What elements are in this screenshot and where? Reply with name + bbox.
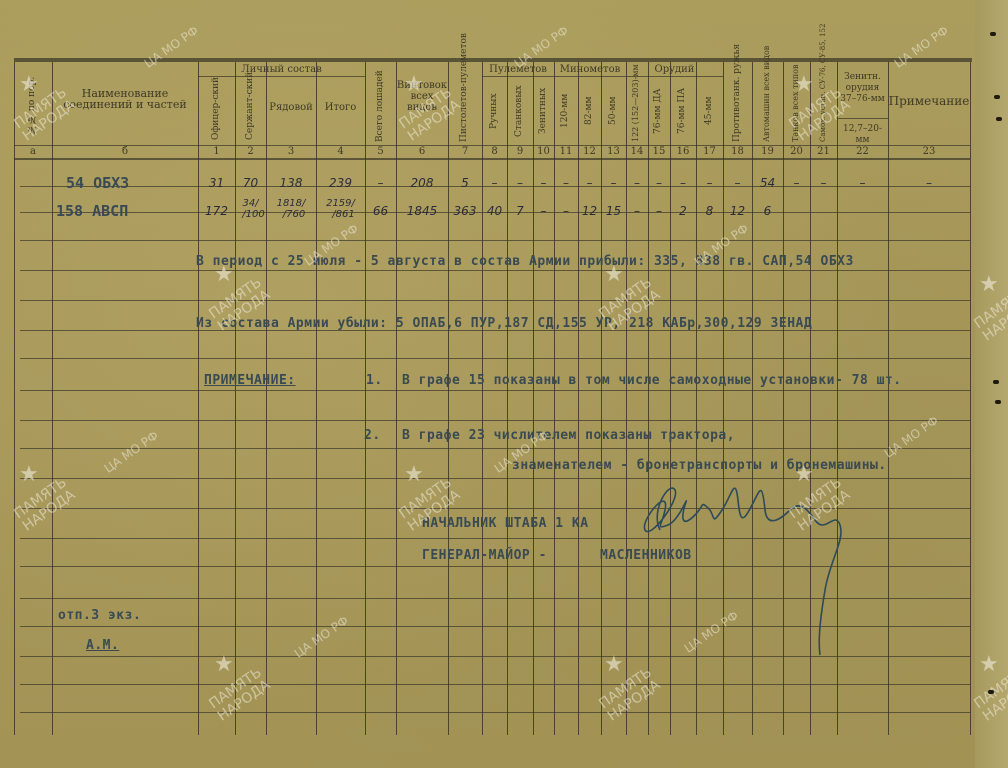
column-number: 3 [276, 146, 306, 157]
row-rule [20, 300, 970, 301]
table-cell: – [837, 176, 888, 190]
group-rule [554, 76, 626, 77]
table-cell: 6 [752, 204, 783, 218]
table-cell: 208 [396, 176, 448, 190]
star-icon: ★ [214, 652, 234, 677]
table-cell: 40 [482, 204, 507, 218]
table-cell: – [601, 176, 626, 190]
header-rule [14, 158, 970, 160]
column-rule [888, 62, 889, 735]
remarks-header: Примечание [888, 96, 970, 107]
table-cell: 54 [752, 176, 783, 190]
mortar-group-header: Минометов [554, 64, 626, 75]
star-icon: ★ [404, 462, 424, 487]
table-cell: 1818//760 [266, 198, 316, 220]
remark-label: ПРИМЕЧАНИЕ: [204, 373, 296, 388]
column-rule [533, 62, 534, 735]
column-number: 16 [668, 146, 698, 157]
column-rule [266, 62, 267, 735]
row-rule [20, 358, 970, 359]
row-rule [20, 270, 970, 271]
guns-group-header: Орудий [626, 64, 723, 75]
column-header: Зенитных [538, 82, 548, 140]
column-header: Всего лошадей [375, 80, 385, 142]
column-number: 7 [450, 146, 480, 157]
table-cell: 5 [448, 176, 482, 190]
unit-name: 158 АВСП [56, 202, 128, 220]
column-rule [970, 62, 971, 735]
column-rule [601, 62, 602, 735]
table-cell: – [670, 176, 696, 190]
star-icon: ★ [404, 72, 424, 97]
table-cell: – [533, 204, 554, 218]
column-header: 76-мм ДА [653, 80, 663, 142]
table-cell: 363 [448, 204, 482, 218]
column-number: 17 [695, 146, 725, 157]
column-header: Офицер-ский [211, 82, 221, 140]
star-icon: ★ [19, 462, 39, 487]
column-header: Автомашин всех видов [762, 68, 772, 142]
arrivals-note: В период с 25 июля - 5 августа в состав … [196, 254, 854, 269]
column-header: Противотанк. ружья [732, 68, 742, 142]
group-rule [837, 118, 888, 119]
table-cell: – [648, 176, 670, 190]
star-icon: ★ [794, 72, 814, 97]
star-icon: ★ [214, 262, 234, 287]
column-rule [626, 62, 627, 735]
table-cell: – [365, 176, 396, 190]
row-rule [20, 420, 970, 421]
table-cell: 172 [198, 204, 235, 218]
table-cell: 1845 [396, 204, 448, 218]
table-cell: – [533, 176, 554, 190]
table-cell: 12 [723, 204, 752, 218]
column-number: 19 [753, 146, 783, 157]
table-cell: 66 [365, 204, 396, 218]
column-number: 23 [914, 146, 944, 157]
table-cell: 12 [578, 204, 601, 218]
table-cell: 70 [235, 176, 266, 190]
star-icon: ★ [979, 652, 999, 677]
column-header: 45-мм [704, 80, 714, 142]
column-number: 4 [326, 146, 356, 157]
column-rule [198, 62, 199, 735]
copies-note: отп.3 экз. [58, 608, 141, 623]
table-cell: – [554, 204, 578, 218]
table-cell: 2 [670, 204, 696, 218]
column-number: 22 [848, 146, 878, 157]
column-rule [396, 62, 397, 735]
column-rule [365, 62, 366, 735]
column-rule [235, 62, 236, 735]
column-header: 120-мм [560, 82, 570, 140]
table-cell: – [723, 176, 752, 190]
column-header: 82-мм [584, 82, 594, 140]
personnel-group-header: Личный состав [198, 64, 365, 75]
star-icon: ★ [794, 462, 814, 487]
column-number: б [110, 146, 140, 157]
column-number: 18 [723, 146, 753, 157]
unit-name: 54 ОБХЗ [66, 174, 129, 192]
table-cell: 7 [507, 204, 533, 218]
column-header: Итого [316, 102, 365, 113]
table-cell: 239 [316, 176, 365, 190]
remark-2-number: 2. [364, 428, 381, 443]
row-rule [20, 684, 970, 685]
column-rule [14, 62, 15, 735]
table-cell: – [696, 176, 723, 190]
table-cell: – [783, 176, 810, 190]
table-cell: 2159//861 [316, 198, 365, 220]
table-cell: 31 [198, 176, 235, 190]
column-rule [507, 62, 508, 735]
remark-1-text: В графе 15 показаны в том числе самоходн… [402, 373, 902, 388]
group-rule [626, 76, 723, 77]
column-rule [52, 62, 53, 735]
table-cell: 8 [696, 204, 723, 218]
remark-2-text-a: В графе 23 числителем показаны трактора, [402, 428, 735, 443]
remark-1-number: 1. [366, 373, 383, 388]
row-rule [20, 448, 970, 449]
signer-title: НАЧАЛЬНИК ШТАБА 1 КА [422, 516, 589, 531]
column-header: 76-мм ПА [677, 80, 687, 142]
table-cell: 15 [601, 204, 626, 218]
table-cell: – [888, 176, 970, 190]
table-cell: – [507, 176, 533, 190]
column-number: 5 [366, 146, 396, 157]
column-header: 50-мм [608, 82, 618, 140]
column-number: 2 [236, 146, 266, 157]
row-rule [20, 240, 970, 241]
table-cell: – [626, 176, 648, 190]
column-number: 21 [809, 146, 839, 157]
star-icon: ★ [604, 652, 624, 677]
group-rule [198, 76, 365, 77]
aa-guns-small-header: 12,7–20-мм [837, 124, 888, 146]
table-cell: – [810, 176, 837, 190]
table-cell: – [626, 204, 648, 218]
column-rule [448, 62, 449, 735]
group-rule [482, 76, 554, 77]
column-number: 6 [407, 146, 437, 157]
departures-note: Из состава Армии убыли: 5 ОПАБ,6 ПУР,187… [196, 316, 812, 331]
table-cell: – [554, 176, 578, 190]
column-number: 1 [202, 146, 232, 157]
typist-initials: А.М. [86, 638, 119, 653]
row-rule [20, 390, 970, 391]
column-number: а [18, 146, 48, 157]
table-cell: – [482, 176, 507, 190]
column-header: Рядовой [266, 102, 316, 113]
row-rule [20, 712, 970, 713]
star-icon: ★ [19, 72, 39, 97]
column-header: Сержант-ский [245, 82, 255, 140]
column-number: 20 [782, 146, 812, 157]
column-header: 122 (152—203)-мм [631, 80, 641, 142]
star-icon: ★ [604, 262, 624, 287]
signer-rank: ГЕНЕРАЛ-МАЙОР - [422, 548, 547, 563]
column-header: Ручных [489, 82, 499, 140]
table-cell: 34//100 [235, 198, 266, 220]
table-cell: – [578, 176, 601, 190]
table-cell: – [648, 204, 670, 218]
star-icon: ★ [979, 272, 999, 297]
table-cell: 138 [266, 176, 316, 190]
column-rule [554, 62, 555, 735]
column-header: Станковых [514, 82, 524, 140]
column-rule [482, 62, 483, 735]
column-rule [578, 62, 579, 735]
